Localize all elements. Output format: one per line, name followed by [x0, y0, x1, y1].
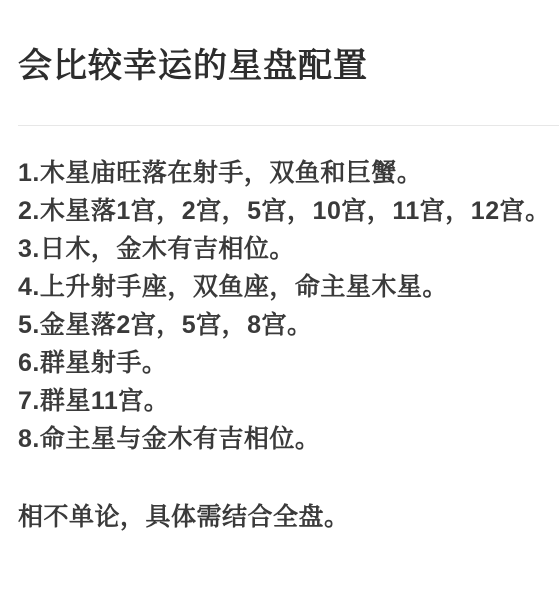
list-item-6: 6.群星射手。	[18, 344, 541, 382]
list-item-7: 7.群星11宫。	[18, 382, 541, 420]
list-item-1: 1.木星庙旺落在射手，双鱼和巨蟹。	[18, 154, 541, 192]
list-item-3: 3.日木，金木有吉相位。	[18, 230, 541, 268]
article-page: 会比较幸运的星盘配置 1.木星庙旺落在射手，双鱼和巨蟹。 2.木星落1宫，2宫，…	[0, 0, 559, 600]
list-item-2: 2.木星落1宫，2宫，5宫，10宫，11宫，12宫。	[18, 192, 541, 230]
list-item-8: 8.命主星与金木有吉相位。	[18, 420, 541, 458]
page-title: 会比较幸运的星盘配置	[18, 48, 541, 85]
list-item-5: 5.金星落2宫，5宫，8宫。	[18, 306, 541, 344]
footer-note: 相不单论，具体需结合全盘。	[18, 498, 541, 536]
list-item-4: 4.上升射手座，双鱼座，命主星木星。	[18, 268, 541, 306]
title-divider	[18, 125, 559, 126]
item-list: 1.木星庙旺落在射手，双鱼和巨蟹。 2.木星落1宫，2宫，5宫，10宫，11宫，…	[18, 154, 541, 458]
